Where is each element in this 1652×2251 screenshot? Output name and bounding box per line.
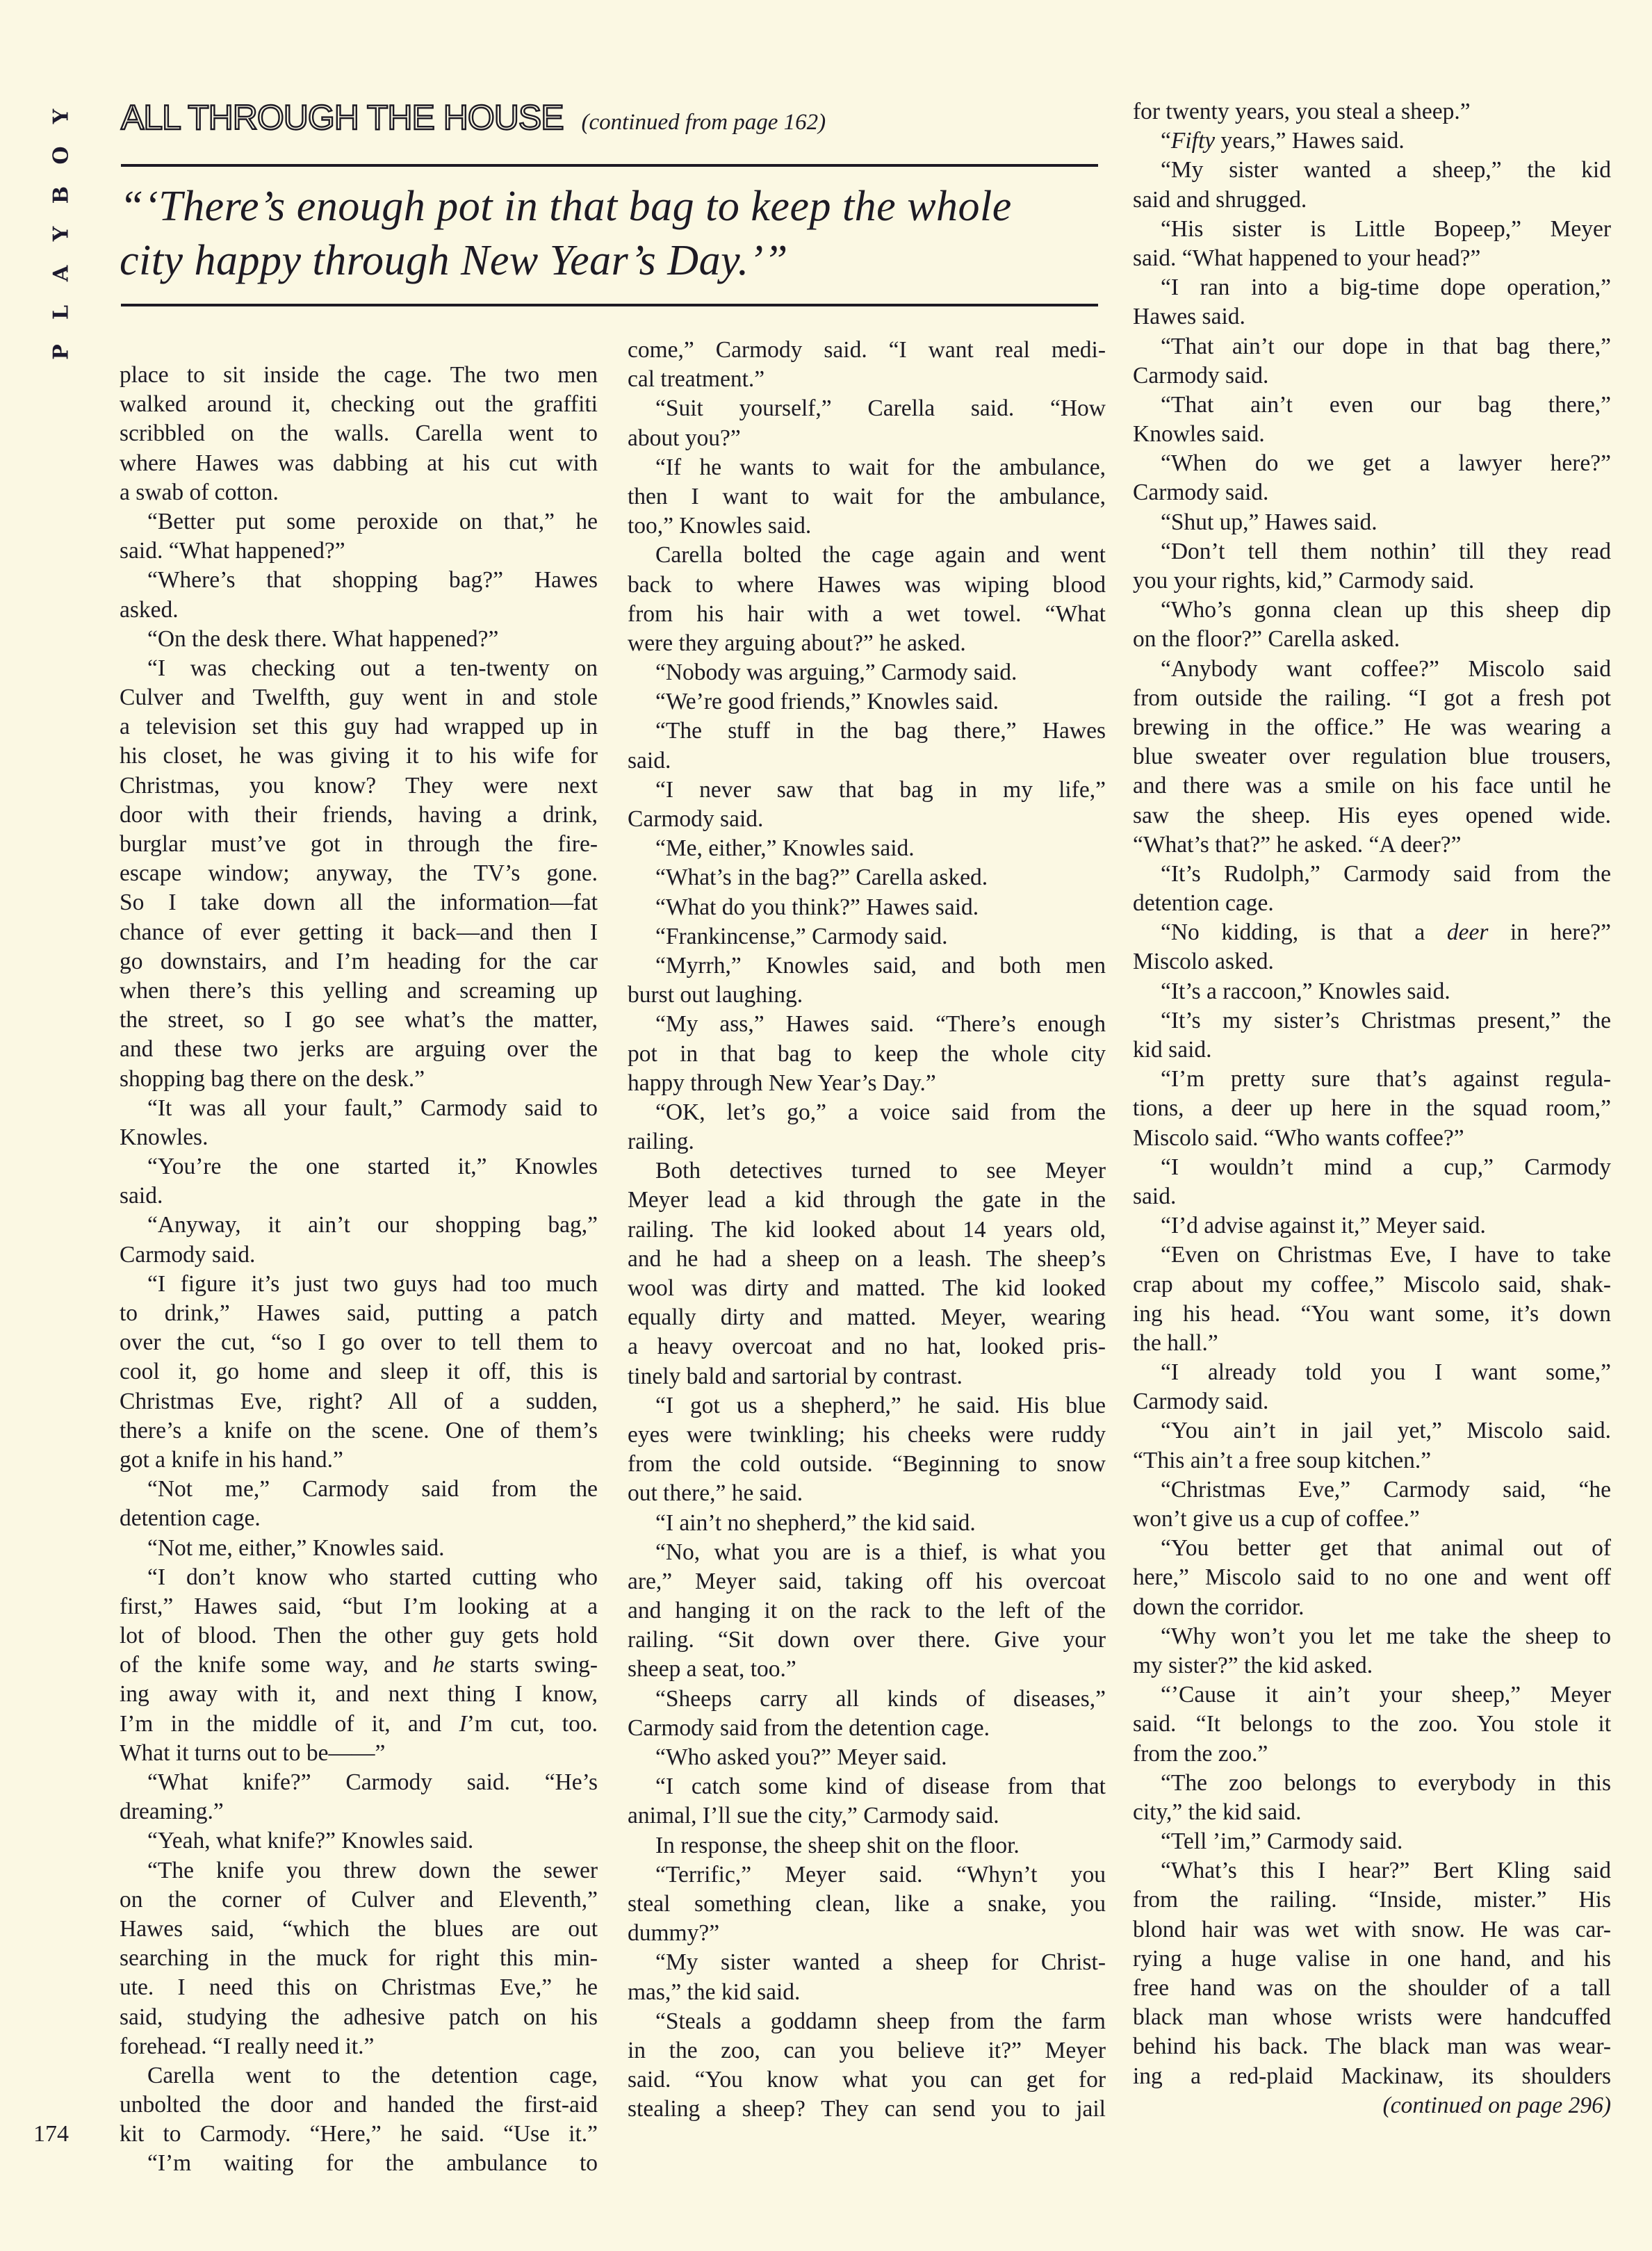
text-line: from outside the railing. “I got a fresh… [1133, 684, 1611, 713]
text-line: Meyer lead a kid through the gate in the [628, 1186, 1106, 1215]
text-line: “I was checking out a ten-twenty on [120, 654, 598, 683]
text-line: “You ain’t in jail yet,” Miscolo said. [1133, 1416, 1611, 1446]
text-line: burst out laughing. [628, 981, 1106, 1010]
text-line: brewing in the office.” He was wearing a [1133, 713, 1611, 742]
text-line: pot in that bag to keep the whole city [628, 1040, 1106, 1069]
text-line: of the knife some way, and he starts swi… [120, 1651, 598, 1680]
text-line: “What do you think?” Hawes said. [628, 893, 1106, 922]
text-line: free hand was on the shoulder of a tall [1133, 1974, 1611, 2003]
text-line: door with their friends, having a drink, [120, 801, 598, 830]
brand-letter: B [49, 181, 74, 208]
text-line: “I catch some kind of disease from that [628, 1772, 1106, 1801]
text-line: place to sit inside the cage. The two me… [120, 361, 598, 390]
text-line: “You’re the one started it,” Knowles [120, 1152, 598, 1181]
text-line: railing. “Sit down over there. Give your [628, 1626, 1106, 1655]
text-line: “Sheeps carry all kinds of diseases,” [628, 1685, 1106, 1714]
text-line: “Don’t tell them nothin’ till they read [1133, 537, 1611, 566]
brand-letter: A [49, 259, 74, 287]
text-line: “Me, either,” Knowles said. [628, 834, 1106, 863]
text-line: Carella bolted the cage again and went [628, 541, 1106, 570]
text-line: “What knife?” Carmody said. “He’s [120, 1768, 598, 1797]
text-line: “When do we get a lawyer here?” [1133, 449, 1611, 478]
text-line: Hawes said. [1133, 302, 1611, 331]
text-line: the hall.” [1133, 1329, 1611, 1358]
text-line: “I never saw that bag in my life,” [628, 776, 1106, 805]
article-header: ALL THROUGH THE HOUSE(continued from pag… [121, 97, 1094, 139]
text-line: and there was a smile on his face until … [1133, 771, 1611, 801]
text-line: said. “You know what you can get for [628, 2065, 1106, 2095]
text-line: “I already told you I want some,” [1133, 1358, 1611, 1387]
text-line: Carmody said. [628, 805, 1106, 834]
text-line: “It was all your fault,” Carmody said to [120, 1094, 598, 1123]
pull-quote-line: city happy through New Year’s Day.’” [120, 234, 1106, 288]
text-line: lot of blood. Then the other guy gets ho… [120, 1621, 598, 1651]
text-line: burglar must’ve got in through the fire- [120, 830, 598, 859]
text-line: “I ran into a big-time dope operation,” [1133, 273, 1611, 302]
text-line: I’m in the middle of it, and I’m cut, to… [120, 1710, 598, 1739]
text-line: “I ain’t no shepherd,” the kid said. [628, 1509, 1106, 1538]
text-line: said. [628, 746, 1106, 776]
brand-letter: O [49, 142, 74, 170]
text-line: you your rights, kid,” Carmody said. [1133, 566, 1611, 596]
text-line: searching in the muck for right this min… [120, 1944, 598, 1973]
text-line: ute. I need this on Christmas Eve,” he [120, 1973, 598, 2002]
text-line: “That ain’t even our bag there,” [1133, 391, 1611, 420]
text-line: In response, the sheep shit on the floor… [628, 1831, 1106, 1860]
text-line: “My sister wanted a sheep,” the kid [1133, 156, 1611, 185]
text-line: here,” Miscolo said to no one and went o… [1133, 1563, 1611, 1592]
text-line: on the corner of Culver and Eleventh,” [120, 1885, 598, 1915]
text-line: “I’m waiting for the ambulance to [120, 2149, 598, 2178]
text-line: Carella went to the detention cage, [120, 2061, 598, 2090]
text-line: Christmas Eve, right? All of a sudden, [120, 1387, 598, 1416]
pull-quote: “‘There’s enough pot in that bag to keep… [120, 179, 1106, 288]
text-line: railing. [628, 1127, 1106, 1156]
text-line: “I don’t know who started cutting who [120, 1563, 598, 1592]
text-line: Miscolo said. “Who wants coffee?” [1133, 1124, 1611, 1153]
text-line: kid said. [1133, 1036, 1611, 1065]
text-line: kit to Carmody. “Here,” he said. “Use it… [120, 2120, 598, 2149]
text-line: “Fifty years,” Hawes said. [1133, 126, 1611, 156]
text-line: over the cut, “so I go over to tell them… [120, 1328, 598, 1357]
text-line: “What’s in the bag?” Carella asked. [628, 863, 1106, 892]
text-line: out there,” he said. [628, 1479, 1106, 1508]
text-line: “I got us a shepherd,” he said. His blue [628, 1391, 1106, 1421]
text-line: then I want to wait for the ambulance, [628, 482, 1106, 511]
text-line: “Who’s gonna clean up this sheep dip [1133, 596, 1611, 625]
text-line: “Suit yourself,” Carella said. “How [628, 394, 1106, 423]
text-line: said, studying the adhesive patch on his [120, 2003, 598, 2032]
text-line: “Better put some peroxide on that,” he [120, 507, 598, 537]
text-line: “Anyway, it ain’t our shopping bag,” [120, 1211, 598, 1240]
text-line: to drink,” Hawes said, putting a patch [120, 1299, 598, 1328]
text-column-1: place to sit inside the cage. The two me… [120, 361, 598, 2179]
text-line: “My sister wanted a sheep for Christ- [628, 1948, 1106, 1977]
text-line: a heavy overcoat and no hat, looked pris… [628, 1332, 1106, 1361]
text-line: “Who asked you?” Meyer said. [628, 1743, 1106, 1772]
text-line: dummy?” [628, 1919, 1106, 1948]
text-line: his closet, he was giving it to his wife… [120, 742, 598, 771]
text-line: “No kidding, is that a deer in here?” [1133, 918, 1611, 947]
text-line: detention cage. [120, 1504, 598, 1533]
text-line: “I wouldn’t mind a cup,” Carmody [1133, 1153, 1611, 1182]
brand-letter: Y [49, 103, 74, 131]
text-line: escape window; anyway, the TV’s gone. [120, 859, 598, 888]
text-line: wool was dirty and matted. The kid looke… [628, 1274, 1106, 1303]
text-line: “It’s Rudolph,” Carmody said from the [1133, 860, 1611, 889]
text-line: from his hair with a wet towel. “What [628, 600, 1106, 629]
header-rule-top [121, 164, 1098, 167]
text-line: city,” the kid said. [1133, 1798, 1611, 1827]
text-line: and these two jerks are arguing over the [120, 1035, 598, 1064]
text-line: too,” Knowles said. [628, 511, 1106, 541]
text-line: said. [1133, 1182, 1611, 1211]
text-line: animal, I’ll sue the city,” Carmody said… [628, 1801, 1106, 1831]
text-line: “Not me,” Carmody said from the [120, 1475, 598, 1504]
text-line: Carmody said from the detention cage. [628, 1714, 1106, 1743]
text-line: Culver and Twelfth, guy went in and stol… [120, 683, 598, 712]
text-line: “Steals a goddamn sheep from the farm [628, 2007, 1106, 2036]
text-line: were they arguing about?” he asked. [628, 629, 1106, 658]
text-line: Both detectives turned to see Meyer [628, 1156, 1106, 1186]
magazine-brand-vertical: YOBYALP [47, 104, 75, 379]
text-line: “Nobody was arguing,” Carmody said. [628, 658, 1106, 687]
text-line: forehead. “I really need it.” [120, 2032, 598, 2061]
text-line: “Not me, either,” Knowles said. [120, 1534, 598, 1563]
brand-letter: Y [49, 220, 74, 248]
text-line: “I figure it’s just two guys had too muc… [120, 1270, 598, 1299]
text-line: come,” Carmody said. “I want real medi- [628, 336, 1106, 365]
text-line: “Christmas Eve,” Carmody said, “he [1133, 1475, 1611, 1505]
text-line: “Frankincense,” Carmody said. [628, 922, 1106, 951]
text-line: stealing a sheep? They can send you to j… [628, 2095, 1106, 2124]
text-line: are,” Meyer said, taking off his overcoa… [628, 1567, 1106, 1596]
text-line: go downstairs, and I’m heading for the c… [120, 947, 598, 976]
continued-on-note: (continued on page 296) [1133, 2091, 1611, 2120]
text-line: black man whose wrists were handcuffed [1133, 2003, 1611, 2032]
text-line: “Myrrh,” Knowles said, and both men [628, 951, 1106, 981]
text-line: Carmody said. [1133, 478, 1611, 507]
text-line: “Why won’t you let me take the sheep to [1133, 1622, 1611, 1651]
text-line: a television set this guy had wrapped up… [120, 712, 598, 742]
text-line: happy through New Year’s Day.” [628, 1069, 1106, 1098]
text-line: “No, what you are is a thief, is what yo… [628, 1538, 1106, 1567]
text-line: “The stuff in the bag there,” Hawes [628, 717, 1106, 746]
text-line: a swab of cotton. [120, 478, 598, 507]
text-line: Miscolo asked. [1133, 947, 1611, 976]
text-line: crap about my coffee,” Miscolo said, sha… [1133, 1270, 1611, 1300]
text-line: said. “What happened to your head?” [1133, 244, 1611, 273]
text-line: dreaming.” [120, 1797, 598, 1826]
text-line: “Where’s that shopping bag?” Hawes [120, 566, 598, 595]
text-line: chance of ever getting it back—and then … [120, 918, 598, 947]
text-line: cal treatment.” [628, 365, 1106, 394]
text-line: there’s a knife on the scene. One of the… [120, 1416, 598, 1446]
text-line: down the corridor. [1133, 1593, 1611, 1622]
text-line: about you?” [628, 424, 1106, 453]
text-line: “’Cause it ain’t your sheep,” Meyer [1133, 1680, 1611, 1710]
text-line: ing his head. “You want some, it’s down [1133, 1300, 1611, 1329]
text-line: “Terrific,” Meyer said. “Whyn’t you [628, 1860, 1106, 1890]
text-line: from the zoo.” [1133, 1740, 1611, 1769]
text-line: railing. The kid looked about 14 years o… [628, 1215, 1106, 1245]
text-line: said. “What happened?” [120, 537, 598, 566]
text-line: shopping bag there on the desk.” [120, 1065, 598, 1094]
text-line: from the railing. “Inside, mister.” His [1133, 1885, 1611, 1915]
text-line: “What’s that?” he asked. “A deer?” [1133, 830, 1611, 860]
text-line: walked around it, checking out the graff… [120, 390, 598, 419]
text-line: rying a huge valise in one hand, and his [1133, 1945, 1611, 1974]
text-line: and he had a sheep on a leash. The sheep… [628, 1245, 1106, 1274]
text-line: “I’m pretty sure that’s against regula- [1133, 1065, 1611, 1094]
text-line: when there’s this yelling and screaming … [120, 976, 598, 1006]
text-line: Knowles. [120, 1123, 598, 1152]
text-line: said. “It belongs to the zoo. You stole … [1133, 1710, 1611, 1739]
text-line: “On the desk there. What happened?” [120, 625, 598, 654]
text-line: the street, so I go see what’s the matte… [120, 1006, 598, 1035]
text-line: where Hawes was dabbing at his cut with [120, 449, 598, 478]
text-line: sheep a seat, too.” [628, 1655, 1106, 1684]
text-line: “Shut up,” Hawes said. [1133, 508, 1611, 537]
text-line: first,” Hawes said, “but I’m looking at … [120, 1592, 598, 1621]
text-line: eyes were twinkling; his cheeks were rud… [628, 1421, 1106, 1450]
continued-from-note: (continued from page 162) [582, 110, 826, 136]
text-line: in the zoo, can you believe it?” Meyer [628, 2036, 1106, 2065]
text-line: back to where Hawes was wiping blood [628, 571, 1106, 600]
text-line: “My ass,” Hawes said. “There’s enough [628, 1010, 1106, 1039]
text-column-2: come,” Carmody said. “I want real medi-c… [628, 336, 1106, 2124]
text-line: “The knife you threw down the sewer [120, 1856, 598, 1885]
text-line: “Anybody want coffee?” Miscolo said [1133, 655, 1611, 684]
text-line: “OK, let’s go,” a voice said from the [628, 1098, 1106, 1127]
text-line: Christmas, you know? They were next [120, 771, 598, 801]
text-line: “We’re good friends,” Knowles said. [628, 687, 1106, 717]
text-line: tions, a deer up here in the squad room,… [1133, 1094, 1611, 1123]
text-line: on the floor?” Carella asked. [1133, 625, 1611, 654]
text-line: “I’d advise against it,” Meyer said. [1133, 1211, 1611, 1241]
text-line: What it turns out to be——” [120, 1739, 598, 1768]
text-line: mas,” the kid said. [628, 1978, 1106, 2007]
text-line: blond hair was wet with snow. He was car… [1133, 1915, 1611, 1945]
text-line: equally dirty and matted. Meyer, wearing [628, 1303, 1106, 1332]
article-title: ALL THROUGH THE HOUSE [121, 97, 564, 138]
text-line: said. [120, 1181, 598, 1211]
text-line: unbolted the door and handed the first-a… [120, 2090, 598, 2120]
text-line: and hanging it on the rack to the left o… [628, 1596, 1106, 1626]
text-line: tinely bald and sartorial by contrast. [628, 1362, 1106, 1391]
brand-letter: L [49, 299, 74, 327]
text-line: saw the sheep. His eyes opened wide. [1133, 801, 1611, 830]
text-line: ing away with it, and next thing I know, [120, 1680, 598, 1709]
text-line: “His sister is Little Bopeep,” Meyer [1133, 215, 1611, 244]
text-line: “Tell ’im,” Carmody said. [1133, 1827, 1611, 1856]
text-line: Hawes said, “which the blues are out [120, 1915, 598, 1944]
text-line: “It’s a raccoon,” Knowles said. [1133, 977, 1611, 1006]
text-column-3: for twenty years, you steal a sheep.”“Fi… [1133, 97, 1611, 2120]
pull-quote-line: “‘There’s enough pot in that bag to keep… [120, 179, 1106, 234]
text-line: got a knife in his hand.” [120, 1446, 598, 1475]
text-line: won’t give us a cup of coffee.” [1133, 1505, 1611, 1534]
text-line: from the cold outside. “Beginning to sno… [628, 1450, 1106, 1479]
text-line: “That ain’t our dope in that bag there,” [1133, 332, 1611, 361]
header-rule-bottom [121, 304, 1098, 306]
text-line: behind his back. The black man was wear- [1133, 2032, 1611, 2061]
text-line: “It’s my sister’s Christmas present,” th… [1133, 1006, 1611, 1036]
text-line: “What’s this I hear?” Bert Kling said [1133, 1856, 1611, 1885]
text-line: “Even on Christmas Eve, I have to take [1133, 1241, 1611, 1270]
text-line: “This ain’t a free soup kitchen.” [1133, 1446, 1611, 1475]
text-line: “You better get that animal out of [1133, 1534, 1611, 1563]
text-line: detention cage. [1133, 889, 1611, 918]
text-line: Knowles said. [1133, 420, 1611, 449]
brand-letter: P [49, 338, 74, 366]
text-line: steal something clean, like a snake, you [628, 1890, 1106, 1919]
text-line: “The zoo belongs to everybody in this [1133, 1769, 1611, 1798]
text-line: scribbled on the walls. Carella went to [120, 419, 598, 448]
text-line: ing a red-plaid Mackinaw, its shoulders [1133, 2062, 1611, 2091]
text-line: asked. [120, 596, 598, 625]
text-line: “If he wants to wait for the ambulance, [628, 453, 1106, 482]
text-line: Carmody said. [1133, 361, 1611, 391]
text-line: “Yeah, what knife?” Knowles said. [120, 1826, 598, 1856]
page-number: 174 [33, 2121, 69, 2147]
text-line: for twenty years, you steal a sheep.” [1133, 97, 1611, 126]
text-line: cool it, go home and sleep it off, this … [120, 1357, 598, 1386]
text-line: blue sweater over regulation blue trouse… [1133, 742, 1611, 771]
text-line: So I take down all the information—fat [120, 888, 598, 917]
text-line: said and shrugged. [1133, 186, 1611, 215]
text-line: my sister?” the kid asked. [1133, 1651, 1611, 1680]
text-line: Carmody said. [120, 1241, 598, 1270]
text-line: Carmody said. [1133, 1387, 1611, 1416]
